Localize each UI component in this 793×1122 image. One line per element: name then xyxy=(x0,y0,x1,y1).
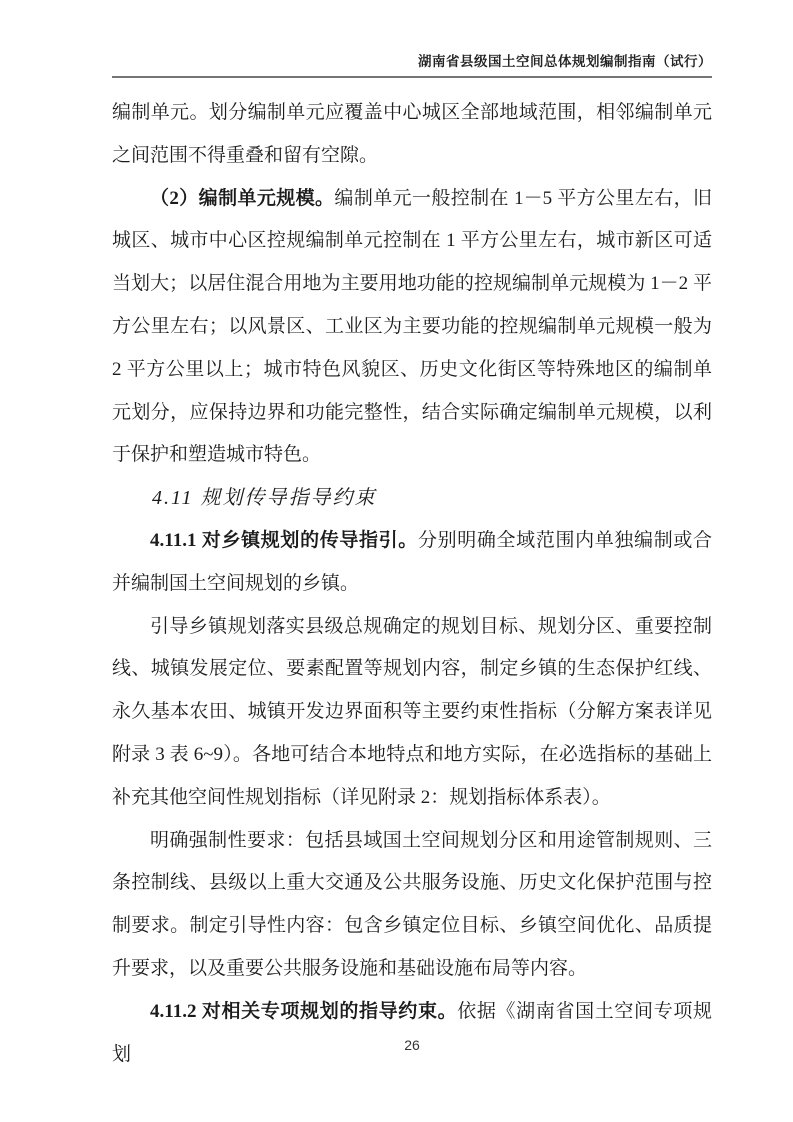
page-header: 湖南省县级国土空间总体规划编制指南（试行） xyxy=(112,50,712,78)
paragraph: 编制单元。划分编制单元应覆盖中心城区全部地域范围，相邻编制单元之间范围不得重叠和… xyxy=(112,92,712,178)
paragraph-text: 明确强制性要求：包括县域国土空间规划分区和用途管制规则、三条控制线、县级以上重大… xyxy=(112,830,712,979)
paragraph-text: 编制单元一般控制在 1－5 平方公里左右，旧城区、城市中心区控规编制单元控制在 … xyxy=(112,188,712,466)
paragraph: 引导乡镇规划落实县级总规确定的规划目标、规划分区、重要控制线、城镇发展定位、要素… xyxy=(112,606,712,820)
paragraph: （2）编制单元规模。编制单元一般控制在 1－5 平方公里左右，旧城区、城市中心区… xyxy=(112,178,712,478)
header-title: 湖南省县级国土空间总体规划编制指南（试行） xyxy=(418,54,712,69)
paragraph-text: 编制单元。划分编制单元应覆盖中心城区全部地域范围，相邻编制单元之间范围不得重叠和… xyxy=(112,102,712,166)
section-heading: 4.11 规划传导指导约束 xyxy=(112,477,712,520)
paragraph-lead-text: 4.11.2 对相关专项规划的指导约束。 xyxy=(150,1001,457,1022)
paragraph: 4.11.2 对相关专项规划的指导约束。依据《湖南省国土空间专项规划 xyxy=(112,991,712,1077)
paragraph: 4.11.1 对乡镇规划的传导指引。分别明确全域范围内单独编制或合并编制国土空间… xyxy=(112,520,712,606)
paragraph: 明确强制性要求：包括县域国土空间规划分区和用途管制规则、三条控制线、县级以上重大… xyxy=(112,820,712,991)
paragraph-lead-text: （2）编制单元规模。 xyxy=(150,188,334,209)
page-footer: 26 xyxy=(112,1037,712,1053)
document-page: 湖南省县级国土空间总体规划编制指南（试行） 编制单元。划分编制单元应覆盖中心城区… xyxy=(0,0,793,1122)
paragraph-text: 引导乡镇规划落实县级总规确定的规划目标、规划分区、重要控制线、城镇发展定位、要素… xyxy=(112,616,712,808)
document-body: 编制单元。划分编制单元应覆盖中心城区全部地域范围，相邻编制单元之间范围不得重叠和… xyxy=(112,92,712,1076)
paragraph-text: 4.11 规划传导指导约束 xyxy=(152,487,377,509)
page-number: 26 xyxy=(404,1037,420,1053)
paragraph-lead-text: 4.11.1 对乡镇规划的传导指引。 xyxy=(150,530,418,551)
